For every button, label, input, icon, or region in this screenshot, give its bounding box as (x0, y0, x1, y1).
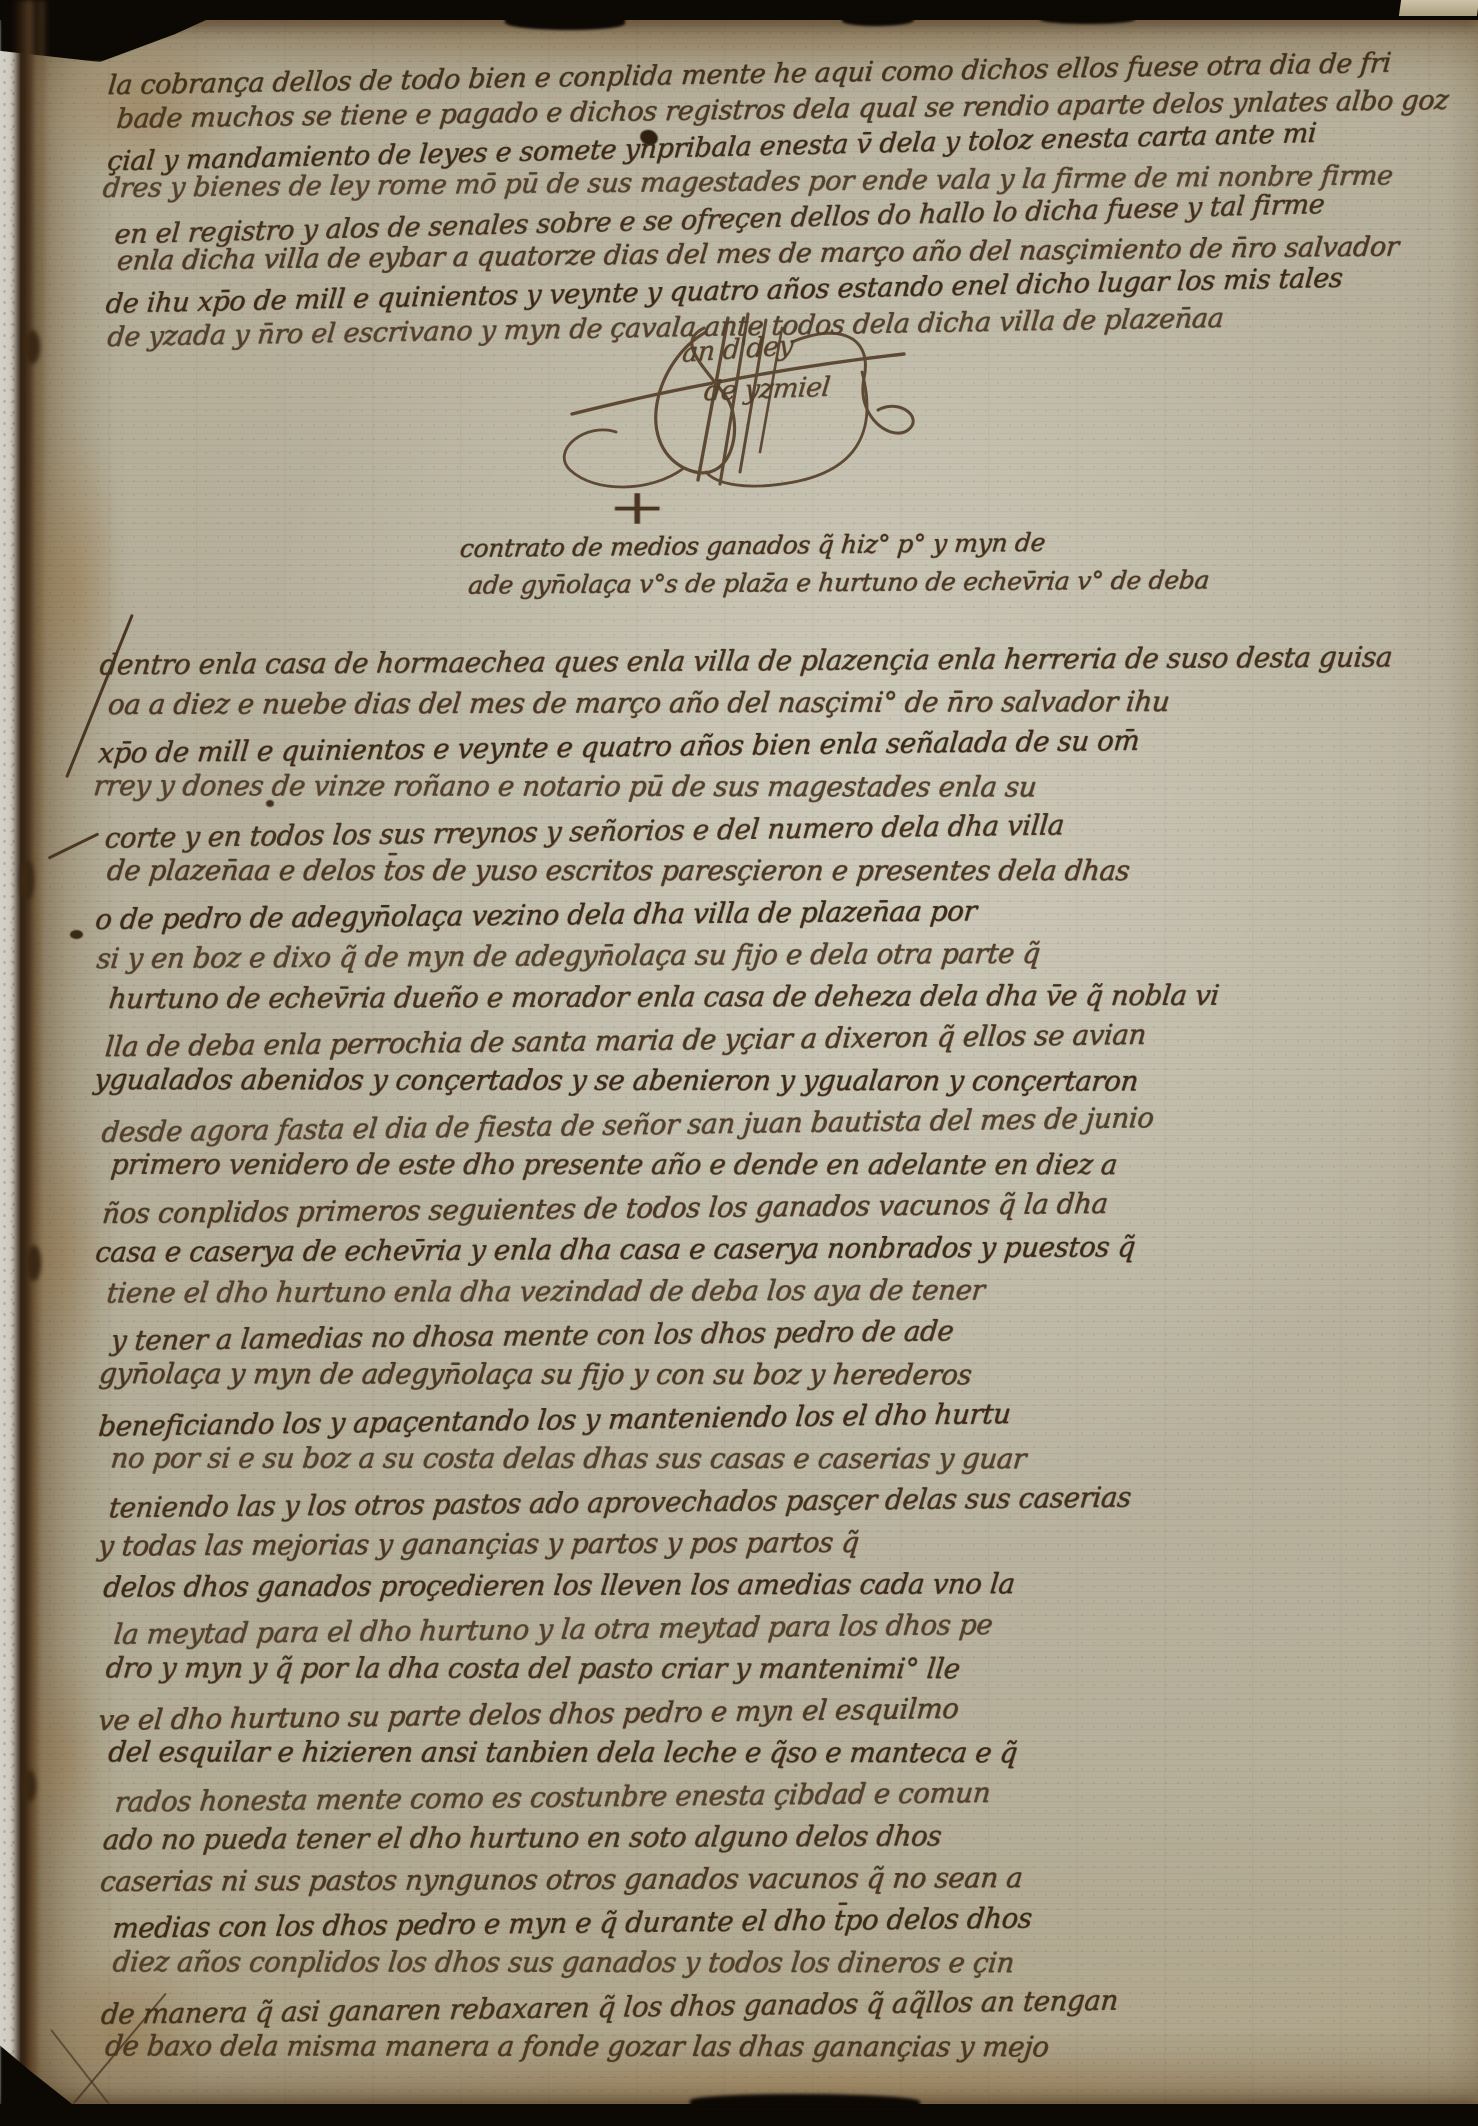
ink-speck (70, 930, 83, 939)
notarial-cross-icon: + (607, 479, 667, 536)
left-edge-notch (26, 1245, 41, 1281)
handwritten-line: de plazen̄aa e delos t̄os de yuso escrit… (105, 850, 1478, 892)
handwritten-line: casa e caserya de echev̄ria y enla dha c… (93, 1224, 1478, 1273)
handwritten-line: primero venidero de este dho presente añ… (109, 1144, 1478, 1186)
left-edge-notch (20, 860, 34, 900)
manuscript-page: la cobrança dellos de todo bien e conpli… (20, 12, 1478, 2114)
signature-name-line: de yzmiel (702, 372, 831, 408)
handwritten-line: ade gyn̄olaça v°s de plaz̄a e hurtuno de… (466, 561, 1238, 605)
torn-edge-notch (690, 2094, 920, 2108)
adjacent-folio-corner (1399, 0, 1478, 16)
contract-heading-block: contrato de medios ganados q̃ hiz° p° y … (456, 522, 1237, 606)
left-edge-notch (22, 1770, 36, 1802)
left-edge-notch (24, 330, 40, 364)
handwritten-line: de baxo dela misma manera a fonde gozar … (103, 2025, 1478, 2068)
contract-body-block: dentro enla casa de hormaechea ques enla… (96, 636, 1478, 2073)
handwritten-line: y todas las mejorias y ganançias y parto… (96, 1519, 1478, 1568)
torn-edge-notch (1040, 15, 1135, 24)
paragraph-slash-mark (48, 832, 100, 859)
manuscript-scan: { "manuscript": { "colors": { "backgroun… (0, 0, 1478, 2126)
handwritten-line: no por si e su boz a su costa delas dhas… (109, 1437, 1478, 1480)
handwritten-line: dentro enla casa de hormaechea ques enla… (98, 636, 1478, 687)
handwritten-line: si y en boz e dixo q̃ de myn de adegyn̄o… (95, 930, 1478, 980)
handwritten-line: ado no pueda tener el dho hurtuno en sot… (101, 1813, 1478, 1861)
